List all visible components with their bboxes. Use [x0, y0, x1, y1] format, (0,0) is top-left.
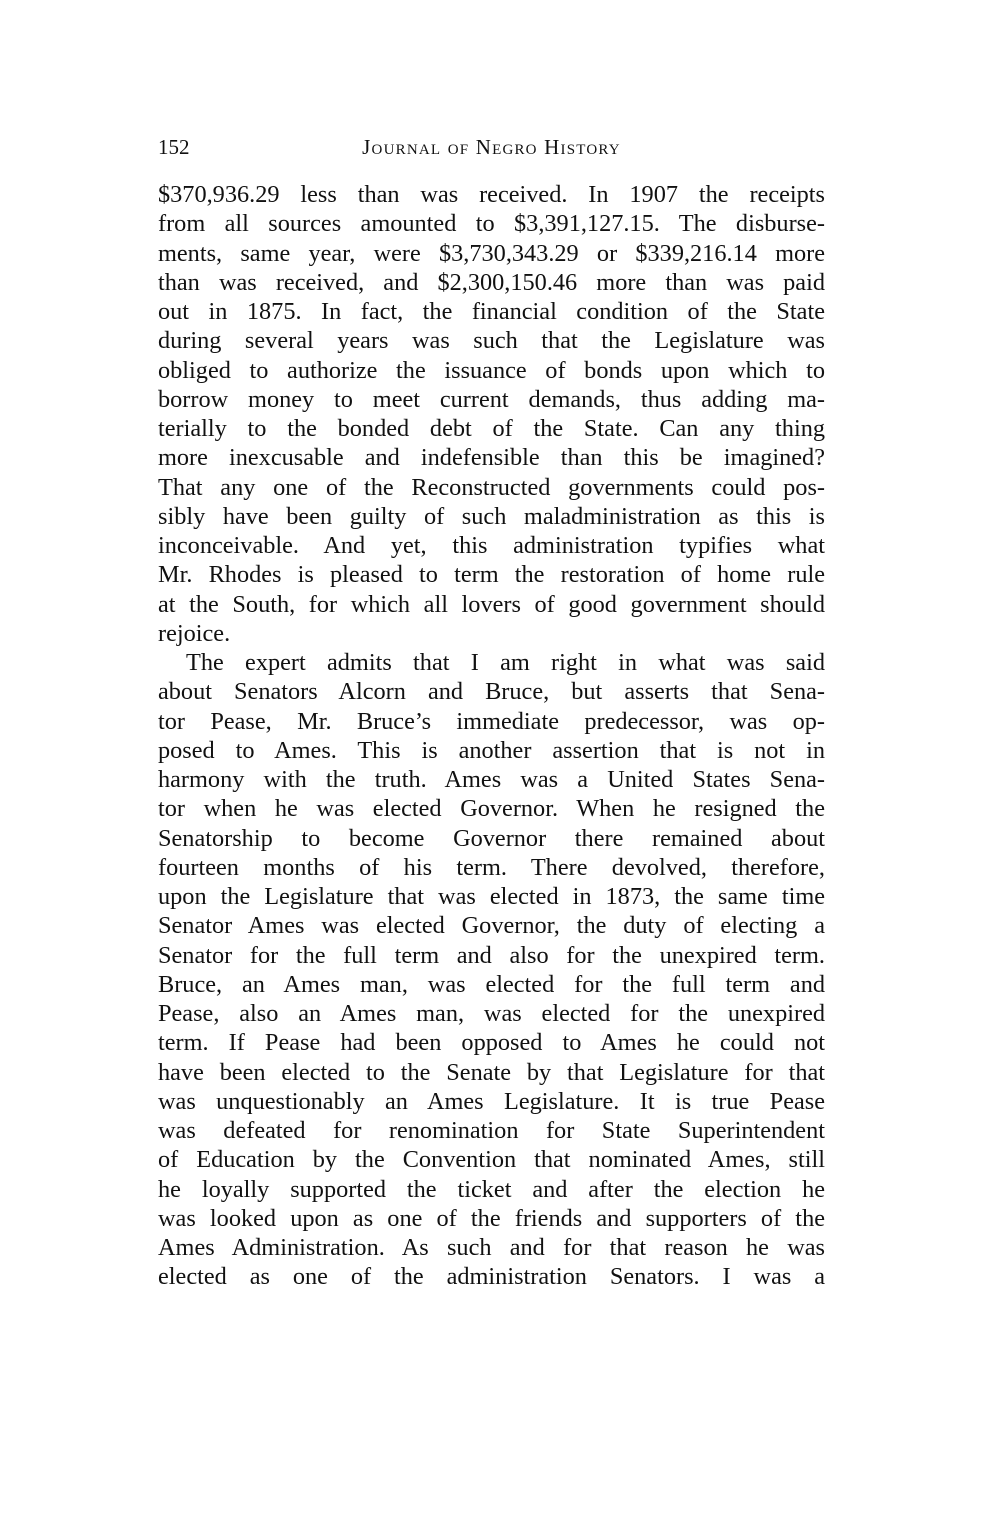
text-line: of Education by the Convention that nomi…	[158, 1145, 825, 1174]
text-line: $370,936.29 less than was received. In 1…	[158, 180, 825, 209]
text-line: out in 1875. In fact, the financial cond…	[158, 297, 825, 326]
running-head: 152 Journal of Negro History	[158, 132, 825, 162]
text-line: borrow money to meet current demands, th…	[158, 385, 825, 414]
text-line: Senator for the full term and also for t…	[158, 941, 825, 970]
text-line: inconceivable. And yet, this administrat…	[158, 531, 825, 560]
text-line: upon the Legislature that was elected in…	[158, 882, 825, 911]
text-line: elected as one of the administration Sen…	[158, 1262, 825, 1291]
journal-title: Journal of Negro History	[158, 132, 825, 162]
document-page: 152 Journal of Negro History $370,936.29…	[0, 0, 1000, 1518]
text-line: terially to the bonded debt of the State…	[158, 414, 825, 443]
text-line: Bruce, an Ames man, was elected for the …	[158, 970, 825, 999]
text-line: ments, same year, were $3,730,343.29 or …	[158, 239, 825, 268]
text-line: about Senators Alcorn and Bruce, but ass…	[158, 677, 825, 706]
text-line: at the South, for which all lovers of go…	[158, 590, 825, 619]
text-line: than was received, and $2,300,150.46 mor…	[158, 268, 825, 297]
text-line: he loyally supported the ticket and afte…	[158, 1175, 825, 1204]
text-line: tor when he was elected Governor. When h…	[158, 794, 825, 823]
body-text: $370,936.29 less than was received. In 1…	[158, 180, 825, 1292]
text-line: was unquestionably an Ames Legislature. …	[158, 1087, 825, 1116]
text-line: sibly have been guilty of such maladmini…	[158, 502, 825, 531]
text-line: rejoice.	[158, 619, 825, 648]
text-line: have been elected to the Senate by that …	[158, 1058, 825, 1087]
text-line: fourteen months of his term. There devol…	[158, 853, 825, 882]
text-line: Ames Administration. As such and for tha…	[158, 1233, 825, 1262]
text-line: Mr. Rhodes is pleased to term the restor…	[158, 560, 825, 589]
text-line: tor Pease, Mr. Bruce’s immediate predece…	[158, 707, 825, 736]
text-line: The expert admits that I am right in wha…	[158, 648, 825, 677]
text-line: Pease, also an Ames man, was elected for…	[158, 999, 825, 1028]
text-line: harmony with the truth. Ames was a Unite…	[158, 765, 825, 794]
text-line: from all sources amounted to $3,391,127.…	[158, 209, 825, 238]
text-line: term. If Pease had been opposed to Ames …	[158, 1028, 825, 1057]
paragraph: The expert admits that I am right in wha…	[158, 648, 825, 1292]
text-line: was defeated for renomination for State …	[158, 1116, 825, 1145]
text-line: Senator Ames was elected Governor, the d…	[158, 911, 825, 940]
text-line: Senatorship to become Governor there rem…	[158, 824, 825, 853]
text-line: That any one of the Reconstructed govern…	[158, 473, 825, 502]
text-line: was looked upon as one of the friends an…	[158, 1204, 825, 1233]
paragraph: $370,936.29 less than was received. In 1…	[158, 180, 825, 648]
text-line: more inexcusable and indefensible than t…	[158, 443, 825, 472]
text-line: posed to Ames. This is another assertion…	[158, 736, 825, 765]
text-line: obliged to authorize the issuance of bon…	[158, 356, 825, 385]
text-line: during several years was such that the L…	[158, 326, 825, 355]
